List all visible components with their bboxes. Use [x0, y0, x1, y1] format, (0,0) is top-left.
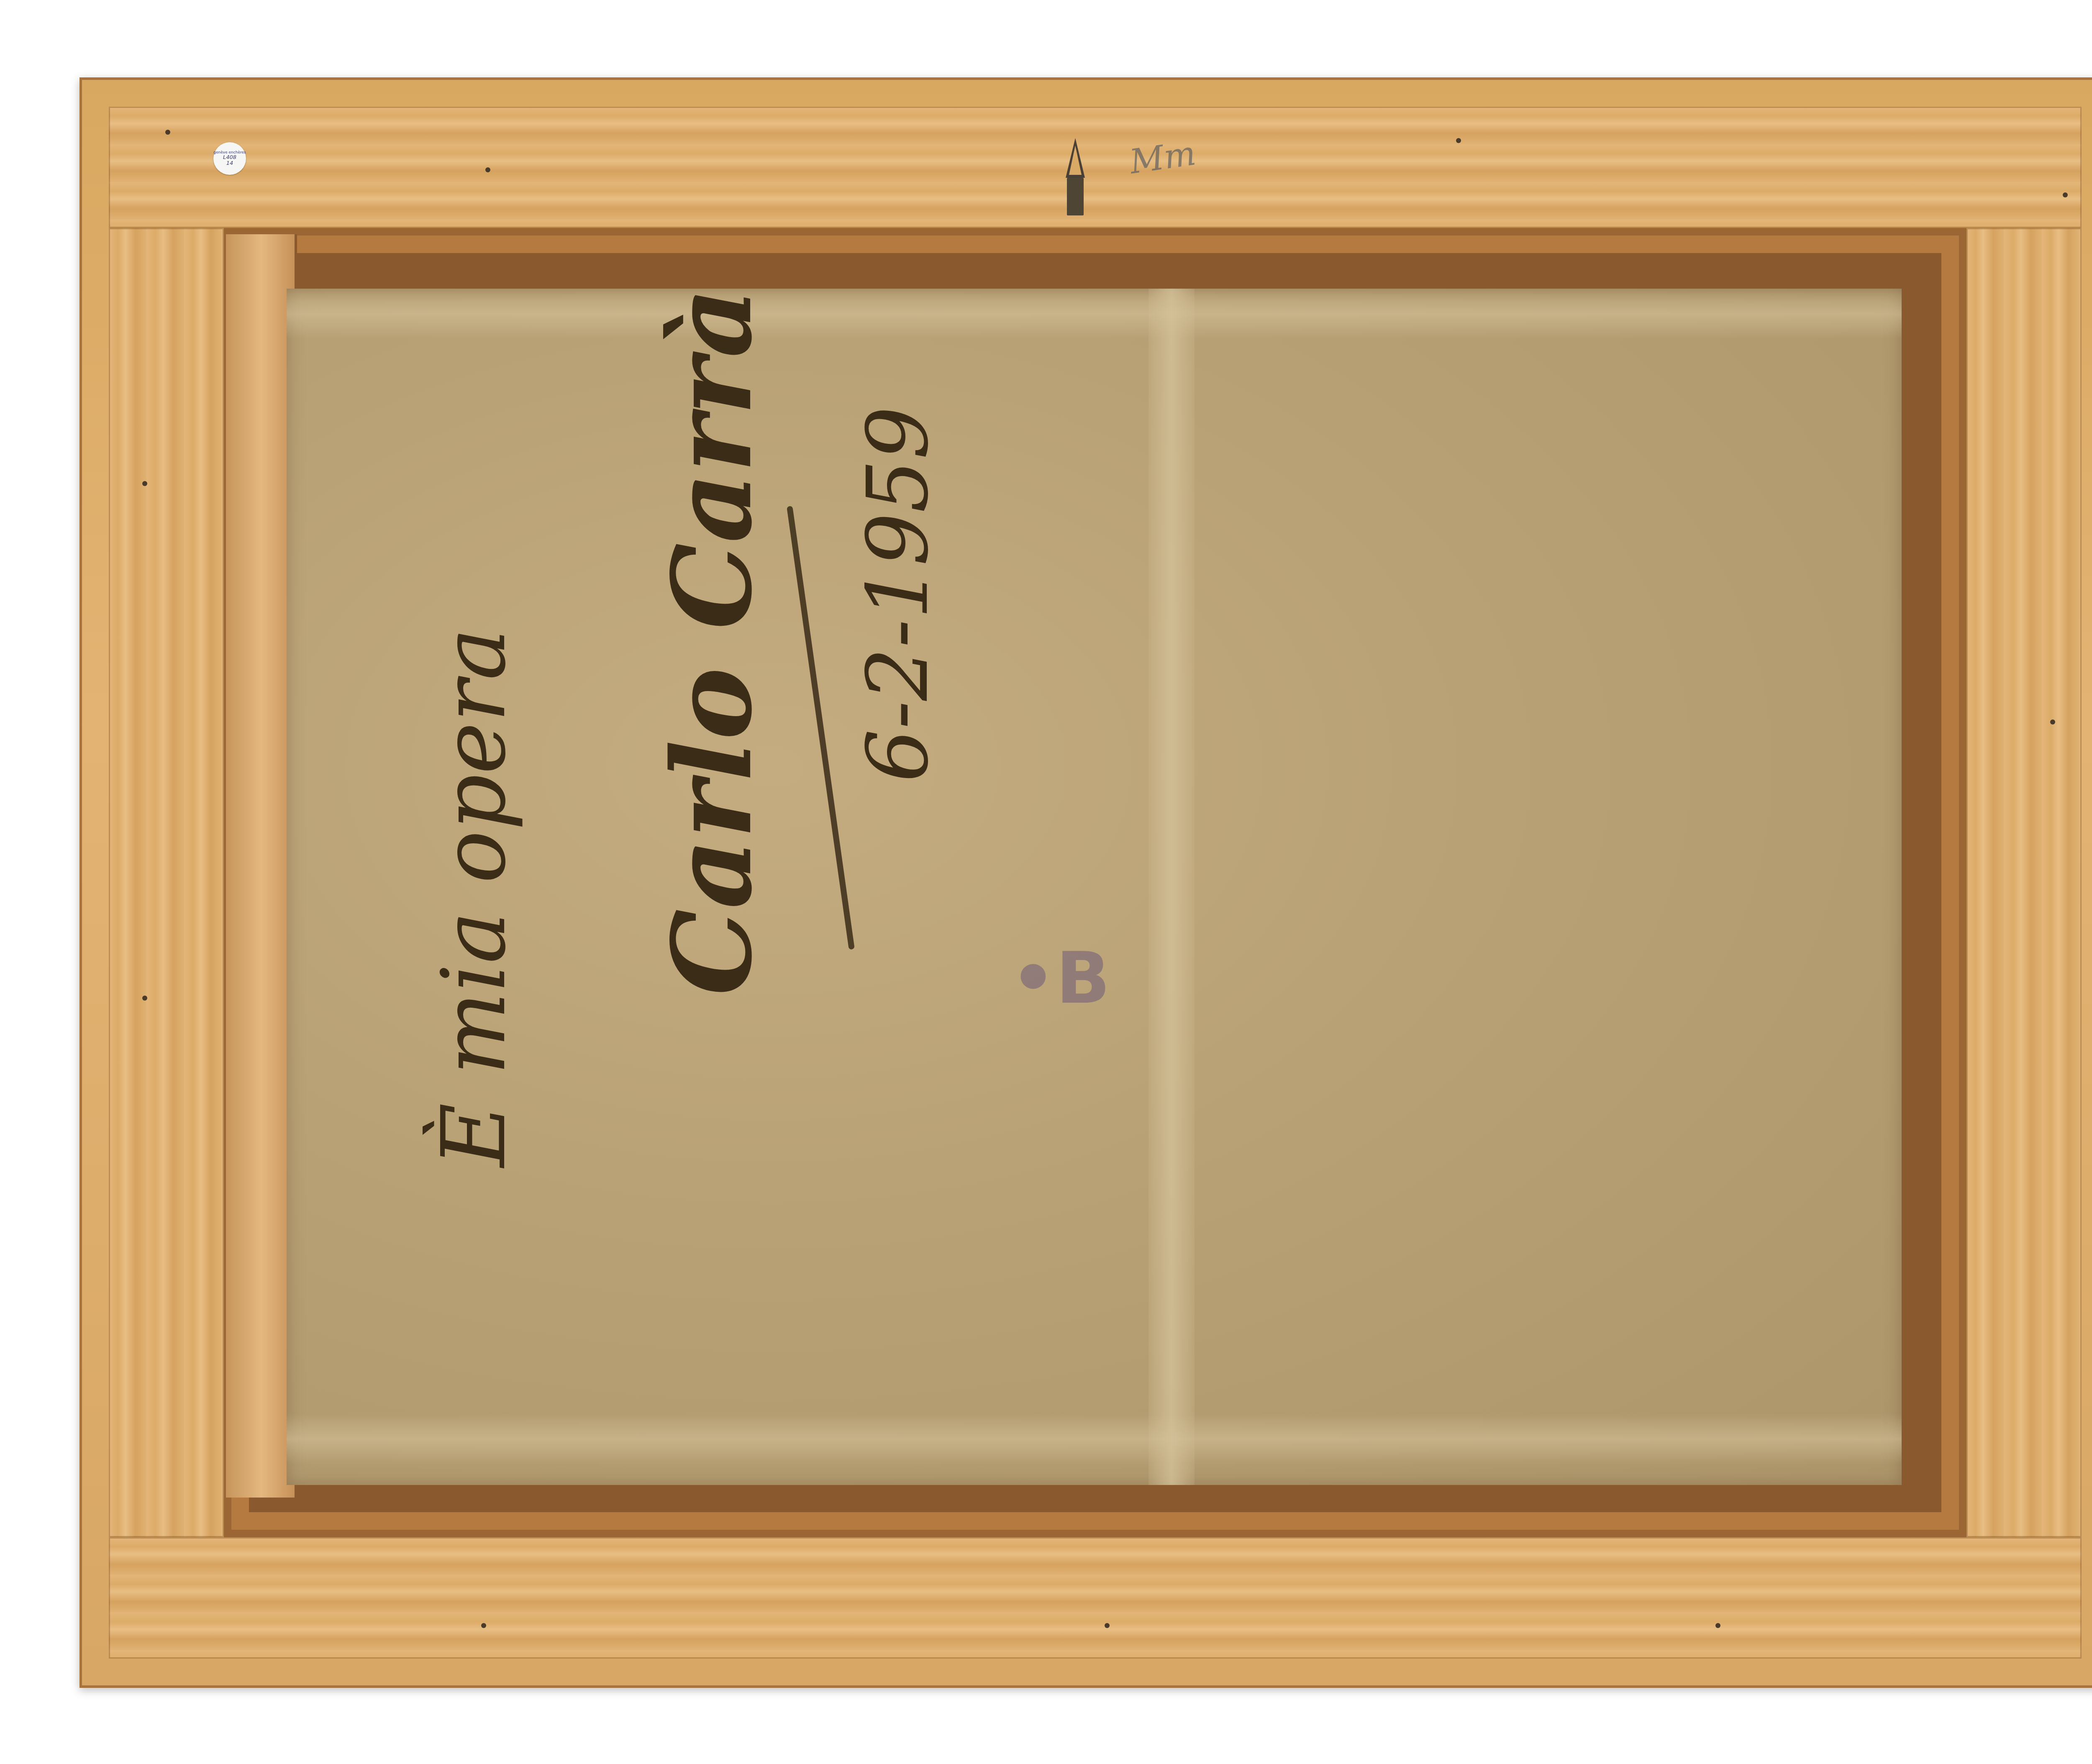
nail-icon — [142, 481, 147, 486]
auction-sticker: genève enchères L408 14 — [213, 142, 246, 175]
hanger-plate — [1067, 178, 1084, 215]
frame-rail-right — [1966, 228, 2082, 1537]
nail-icon — [2063, 192, 2068, 197]
inscription-signature: Carlo Carrà — [649, 287, 776, 996]
nail-icon — [1105, 1623, 1110, 1628]
sticker-number: 14 — [226, 161, 233, 166]
nail-icon — [165, 130, 170, 135]
canvas-back — [287, 289, 1902, 1485]
nail-icon — [2050, 719, 2055, 725]
nail-icon — [1715, 1623, 1720, 1628]
hanger-icon — [1065, 138, 1086, 220]
nail-icon — [1456, 138, 1461, 143]
nail-icon — [142, 996, 147, 1001]
frame-rail-top — [109, 107, 2082, 228]
frame-rail-left — [109, 228, 224, 1537]
nail-icon — [485, 167, 490, 172]
hanger-ring — [1066, 138, 1085, 178]
inscription-line1: È mia opera — [423, 628, 525, 1167]
inscription-date: 6-2-1959 — [849, 406, 947, 782]
stamp-mark: •B — [1010, 937, 1110, 1020]
canvas-vertical-seam — [1149, 289, 1195, 1485]
canvas-top-band — [287, 289, 1902, 339]
canvas-bottom-band — [287, 1414, 1902, 1464]
nail-icon — [481, 1623, 486, 1628]
sticker-lot-code: L408 — [223, 155, 236, 161]
frame-rail-bottom — [109, 1537, 2082, 1659]
